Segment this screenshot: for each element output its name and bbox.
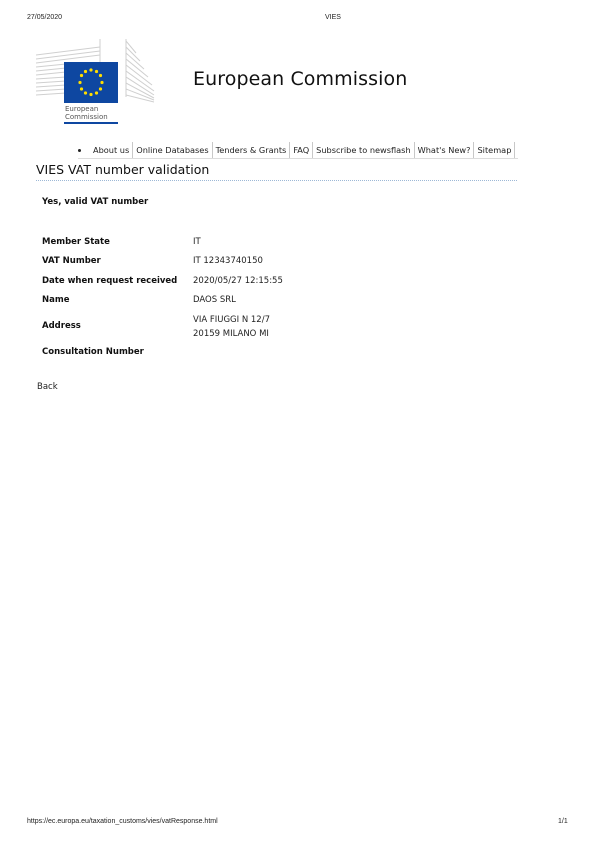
nav-tenders-grants[interactable]: Tenders & Grants	[213, 142, 291, 158]
member-state-label: Member State	[42, 237, 110, 247]
nav-faq[interactable]: FAQ	[290, 142, 313, 158]
nav-divider	[78, 158, 518, 159]
nav-subscribe-newsflash[interactable]: Subscribe to newsflash	[313, 142, 414, 158]
address-label: Address	[42, 321, 81, 331]
page-number: 1/1	[558, 818, 568, 825]
logo-caption-2: Commission	[65, 113, 108, 121]
name-value: DAOS SRL	[193, 295, 236, 305]
top-navigation: About us Online Databases Tenders & Gran…	[78, 142, 515, 158]
nav-about-us[interactable]: About us	[93, 142, 133, 158]
page-title: VIES VAT number validation	[36, 162, 209, 177]
title-separator	[36, 180, 517, 181]
nav-online-databases[interactable]: Online Databases	[133, 142, 212, 158]
date-received-value: 2020/05/27 12:15:55	[193, 276, 283, 286]
member-state-value: IT	[193, 237, 201, 247]
nav-whats-new[interactable]: What's New?	[415, 142, 475, 158]
european-commission-logo[interactable]: European Commission	[36, 37, 156, 125]
eu-flag-icon	[64, 62, 118, 103]
print-title: VIES	[325, 14, 341, 21]
validation-result: Yes, valid VAT number	[42, 197, 148, 207]
site-title: European Commission	[193, 68, 407, 90]
vat-number-label: VAT Number	[42, 256, 101, 266]
name-label: Name	[42, 295, 69, 305]
address-line-2: 20159 MILANO MI	[193, 327, 270, 341]
date-received-label: Date when request received	[42, 276, 177, 286]
back-link[interactable]: Back	[37, 382, 58, 392]
nav-sitemap[interactable]: Sitemap	[474, 142, 515, 158]
address-line-1: VIA FIUGGI N 12/7	[193, 313, 270, 327]
print-date: 27/05/2020	[27, 14, 62, 21]
address-value: VIA FIUGGI N 12/7 20159 MILANO MI	[193, 313, 270, 341]
ec-building-icon: European Commission	[36, 37, 156, 125]
bullet-icon	[78, 149, 81, 152]
print-url: https://ec.europa.eu/taxation_customs/vi…	[27, 818, 218, 825]
vat-number-value: IT 12343740150	[193, 256, 263, 266]
logo-caption-1: European	[65, 105, 98, 113]
consultation-number-label: Consultation Number	[42, 347, 144, 357]
